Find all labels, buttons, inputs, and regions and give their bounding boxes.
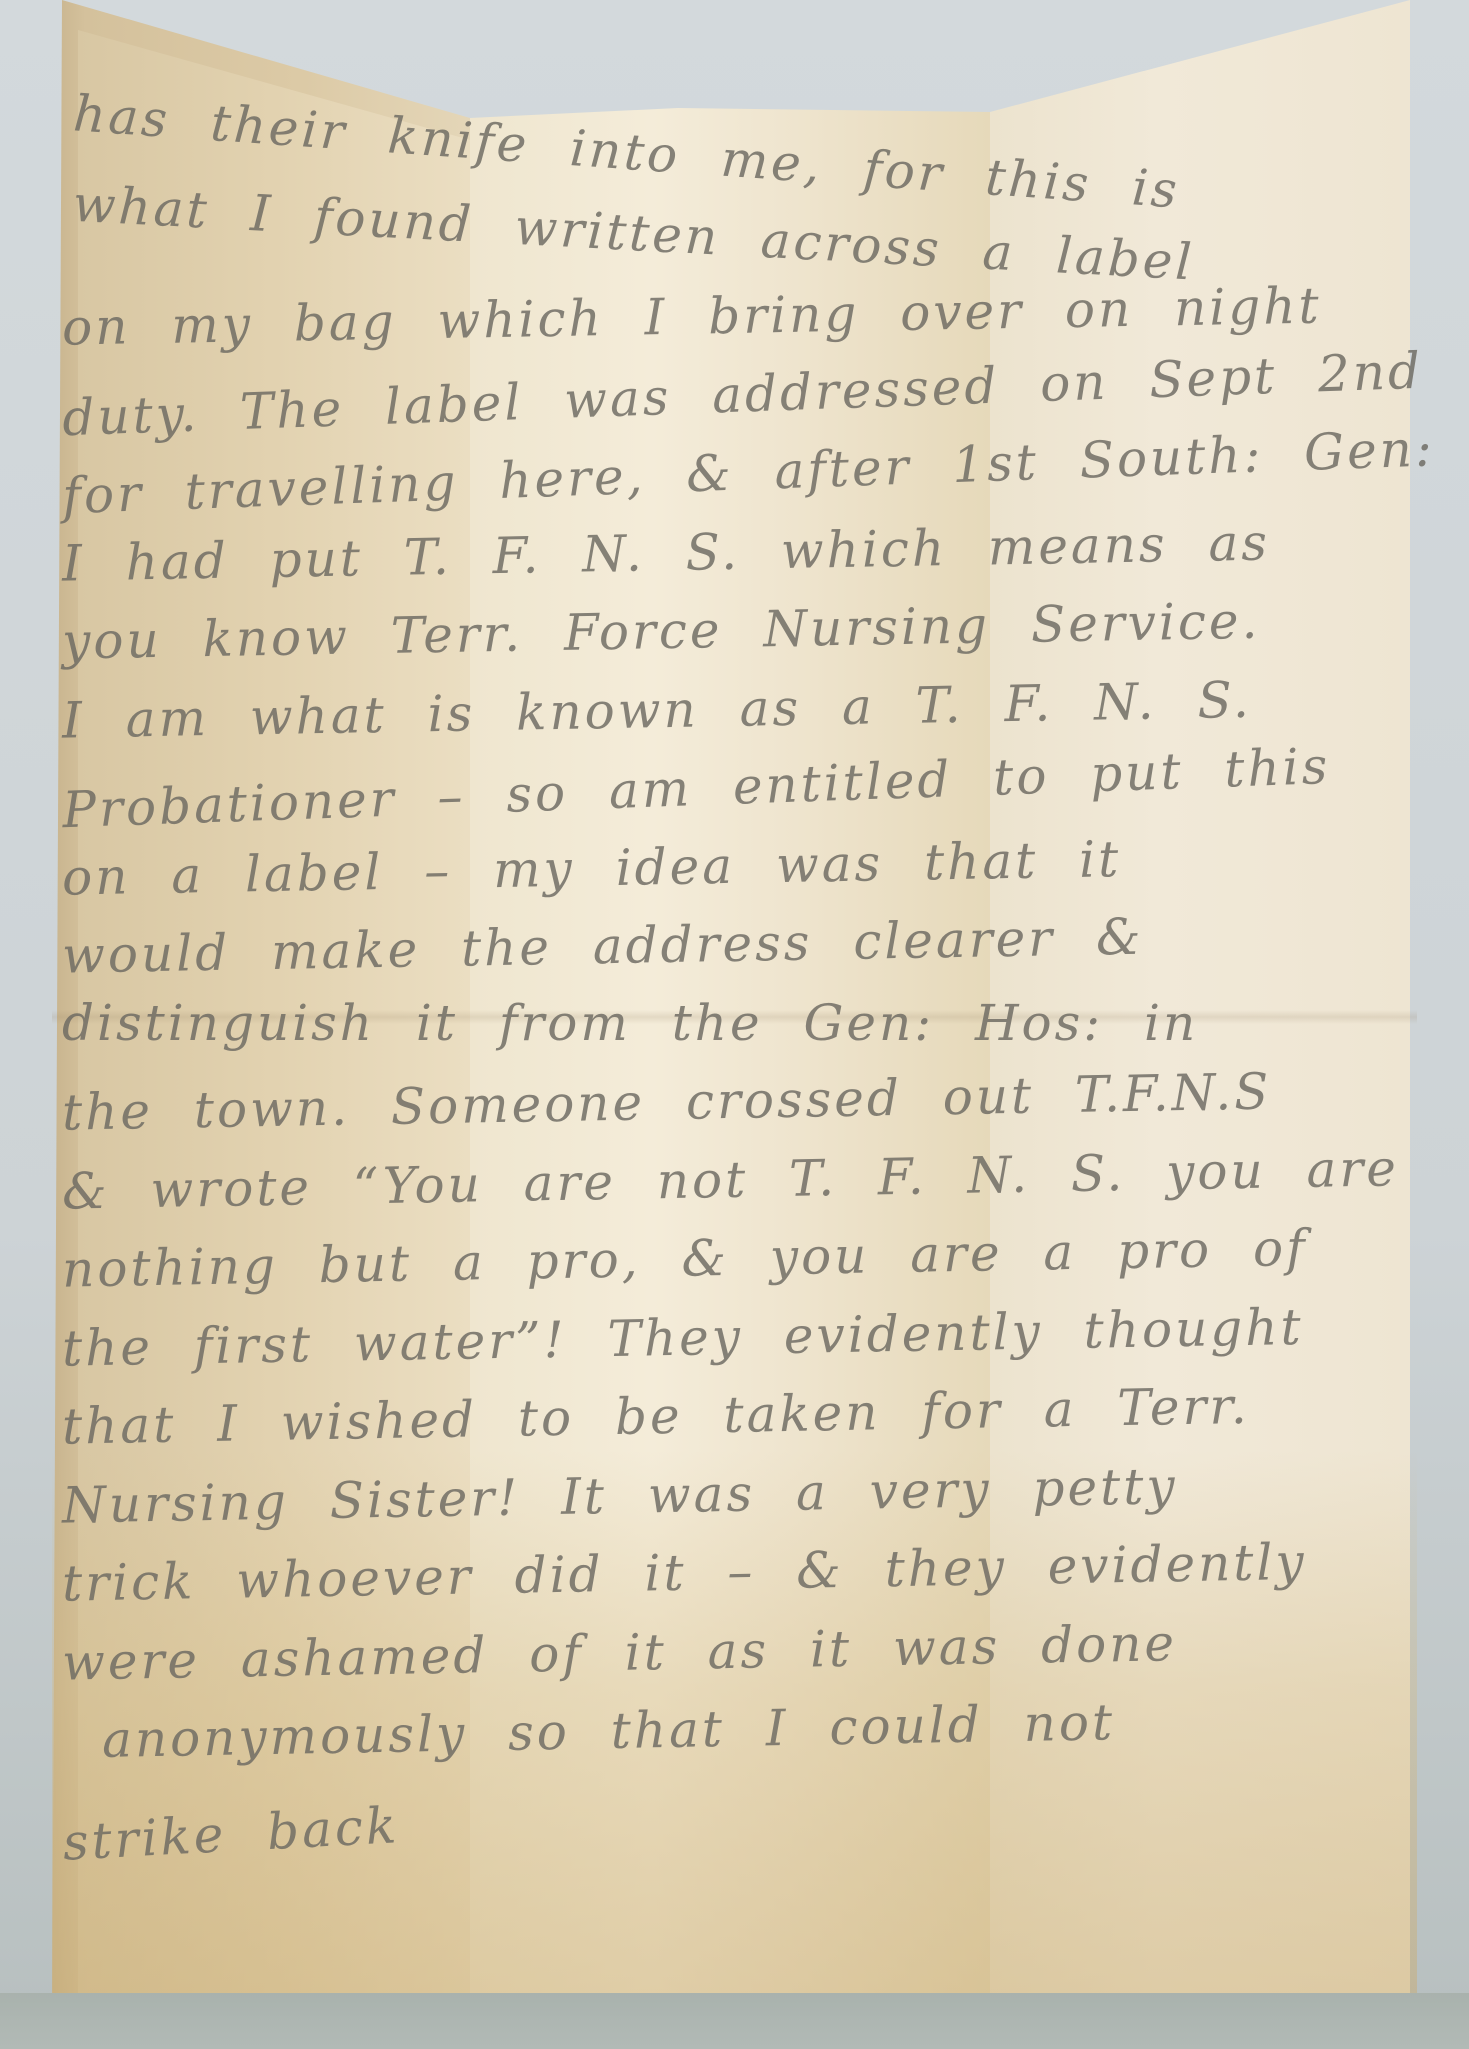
letter-line: distinguish it from the Gen: Hos: in (62, 984, 1392, 1063)
table-surface (0, 1993, 1469, 2049)
photo-scene: has their knife into me, for this is wha… (0, 0, 1469, 2049)
line-text: you know Terr. Force Nursing Service. (62, 592, 1261, 671)
handwritten-text: has their knife into me, for this is wha… (62, 120, 1392, 1847)
